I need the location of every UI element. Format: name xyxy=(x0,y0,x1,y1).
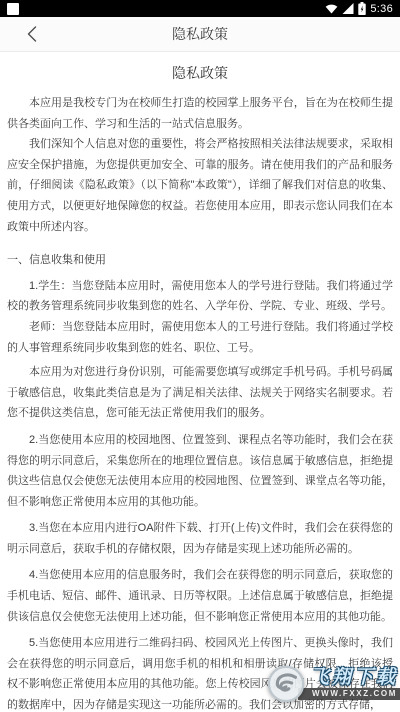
policy-paragraph: 本应用为对您进行身份识别，可能需要您填写或绑定手机号码。手机号码属于敏感信息，收… xyxy=(7,362,393,424)
watermark-brand-text: 飞翔下载 xyxy=(310,668,400,688)
policy-paragraph: 3.当您在本应用内进行OA附件下载、打开(上传)文件时，我们会在获得您的明示同意… xyxy=(7,518,393,559)
document-title: 隐私政策 xyxy=(7,63,393,83)
policy-paragraph: 2.当您使用本应用的校园地图、位置签到、课程点名等功能时，我们会在获得您的明示同… xyxy=(7,430,393,512)
status-bar-right: 5:36 xyxy=(325,2,393,15)
policy-paragraph: 1.学生：当您登陆本应用时，需使用您本人的学号进行登陆。我们将通过学校的教务管理… xyxy=(7,276,393,317)
fxxz-logo-icon xyxy=(267,665,305,703)
watermark-text-block: 飞翔下载 WWW.FXXZ.COM xyxy=(298,668,400,700)
status-bar: 5:36 xyxy=(0,0,400,17)
policy-scroll-area[interactable]: 隐私政策 本应用是我校专门为在校师生打造的校园掌上服务平台，旨在为在校师生提供各… xyxy=(0,63,400,712)
page-title: 隐私政策 xyxy=(172,24,228,44)
intro-paragraph: 本应用是我校专门为在校师生打造的校园掌上服务平台，旨在为在校师生提供各类面向工作… xyxy=(7,93,393,134)
chevron-left-icon xyxy=(27,26,37,42)
intro-paragraph: 我们深知个人信息对您的重要性，将会严格按照相关法律法规要求，采取相应安全保护措施… xyxy=(7,134,393,237)
section-heading: 一、信息收集和使用 xyxy=(7,250,393,271)
back-button[interactable] xyxy=(18,17,46,51)
status-bar-left xyxy=(7,3,19,15)
policy-paragraph: 4.当您使用本应用的信息服务时，我们会在获得您的明示同意后，获取您的手机电话、短… xyxy=(7,565,393,627)
battery-icon xyxy=(358,2,366,15)
policy-paragraph: 老师：当您登陆本应用时，需使用您本人的工号进行登陆。我们将通过学校的人事管理系统… xyxy=(7,317,393,358)
fxxz-watermark: 飞翔下载 WWW.FXXZ.COM xyxy=(267,665,400,703)
watermark-url-text: WWW.FXXZ.COM xyxy=(298,688,400,700)
nav-bar: 隐私政策 xyxy=(0,17,400,52)
notification-square-icon xyxy=(7,3,19,15)
wifi-icon xyxy=(325,3,338,14)
status-bar-clock: 5:36 xyxy=(370,3,393,15)
cellular-signal-icon xyxy=(342,3,354,14)
